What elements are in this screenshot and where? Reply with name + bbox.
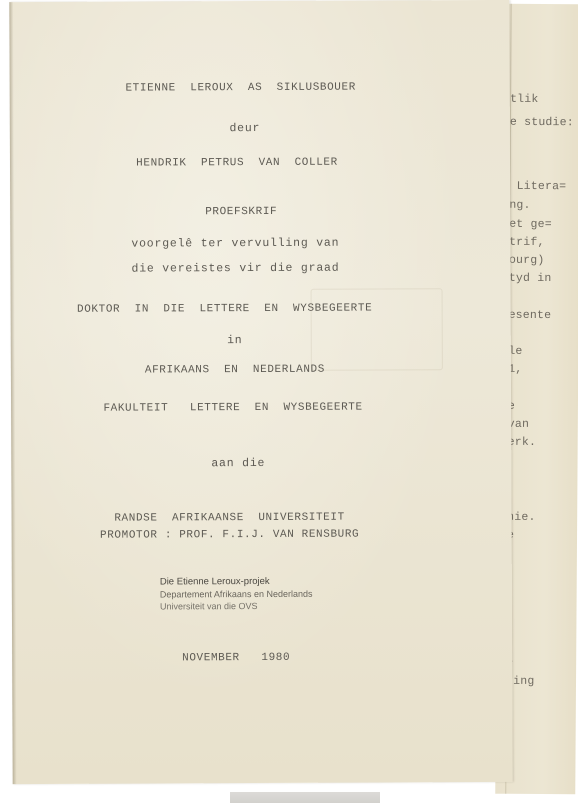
degree-name: DOKTOR IN DIE LETTERE EN WYSBEGEERTE <box>0 302 460 316</box>
stamp-line-1: Die Etienne Leroux-projek <box>160 576 313 589</box>
underlying-text-fragment: esente <box>509 309 552 322</box>
underlying-text-fragment: trif, <box>509 236 545 249</box>
university-name: RANDSE AFRIKAANSE UNIVERSITEIT <box>0 511 465 525</box>
underlying-text-fragment: et ge= <box>509 218 552 231</box>
underlying-text-fragment: Litera= <box>509 180 566 193</box>
title-page: ETIENNE LEROUX AS SIKLUSBOUER deur HENDR… <box>9 0 512 784</box>
faculty: FAKULTEIT LETTERE EN WYSBEGEERTE <box>0 401 468 415</box>
submission-date: NOVEMBER 1980 <box>1 651 471 665</box>
underlying-text-fragment: tlik <box>510 93 538 106</box>
by-label: deur <box>10 121 480 136</box>
purpose-line-2: die vereistes vir die graad <box>0 261 470 276</box>
stamp-line-3: Universiteit van die OVS <box>160 600 313 613</box>
thesis-title: ETIENNE LEROUX AS SIKLUSBOUER <box>6 81 476 95</box>
promoter: PROMOTOR : PROF. F.I.J. VAN RENSBURG <box>0 528 465 542</box>
underlying-text-fragment: tyd in <box>509 272 552 285</box>
stamp-line-2: Departement Afrikaans en Nederlands <box>160 588 313 601</box>
subject: AFRIKAANS EN NEDERLANDS <box>0 363 470 377</box>
scanned-document: tlik e studie: Litera= ng. et ge= trif, … <box>0 0 578 803</box>
document-type: PROEFSKRIF <box>6 205 476 219</box>
at-label: aan die <box>3 456 473 471</box>
underlying-text-fragment: e studie: <box>510 116 574 129</box>
scan-bottom-shadow <box>230 792 380 803</box>
underlying-text-fragment: erk. <box>508 436 536 449</box>
author-name: HENDRIK PETRUS VAN COLLER <box>2 156 472 170</box>
purpose-line-1: voorgelê ter vervulling van <box>0 236 470 251</box>
in-label: in <box>0 333 470 348</box>
project-stamp: Die Etienne Leroux-projek Departement Af… <box>160 576 313 613</box>
underlying-text-fragment: ng. <box>509 199 530 212</box>
page-edge <box>9 2 16 784</box>
show-through-stamp <box>311 288 443 371</box>
underlying-text-fragment: ourg) <box>509 254 545 267</box>
